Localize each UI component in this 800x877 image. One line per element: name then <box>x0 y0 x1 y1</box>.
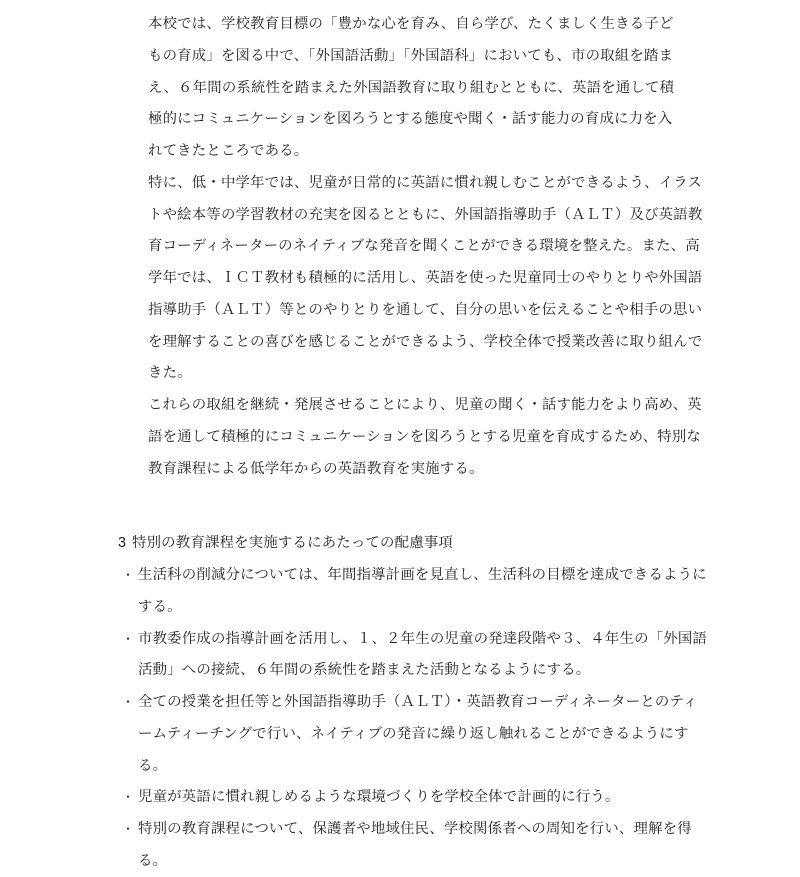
section-title: 特別の教育課程を実施するにあたっての配慮事項 <box>132 528 453 560</box>
text-line: 語を通して積極的にコミュニケーションを図ろうとする児童を育成するため、特別な <box>148 422 800 454</box>
text-line: 特別の教育課程について、保護者や地域住民、学校関係者への周知を行い、理解を得 <box>138 814 800 846</box>
text-line: を理解することの喜びを感じることができるよう、学校全体で授業改善に取り組んで <box>148 327 800 359</box>
consideration-text: 児童が英語に慣れ親しめるような環境づくりを学校全体で計画的に行う。 <box>138 782 800 814</box>
consideration-text: 全ての授業を担任等と外国語指導助手（ＡＬＴ）・英語教育コーディネーターとのティ … <box>138 687 800 782</box>
text-line: 教育課程による低学年からの英語教育を実施する。 <box>148 454 800 486</box>
consideration-text: 生活科の削減分については、年間指導計画を見直し、生活科の目標を達成できるように … <box>138 560 800 624</box>
text-line: 活動」への接続、６年間の系統性を踏まえた活動となるようにする。 <box>138 655 800 687</box>
consideration-item: ・ 市教委作成の指導計画を活用し、１、２年生の児童の発達段階や３、４年生の「外国… <box>122 624 800 688</box>
consideration-item: ・ 生活科の削減分については、年間指導計画を見直し、生活科の目標を達成できるよう… <box>122 560 800 624</box>
text-line: る。 <box>138 751 800 783</box>
consideration-item: ・ 特別の教育課程について、保護者や地域住民、学校関係者への周知を行い、理解を得… <box>122 814 800 877</box>
text-line: れてきたところである。 <box>148 136 800 168</box>
text-line: 学年では、ＩＣＴ教材も積極的に活用し、英語を使った児童同士のやりとりや外国語 <box>148 263 800 295</box>
text-line: 全ての授業を担任等と外国語指導助手（ＡＬＴ）・英語教育コーディネーターとのティ <box>138 687 800 719</box>
section-heading: 3 特別の教育課程を実施するにあたっての配慮事項 <box>118 528 800 560</box>
bullet-marker: ・ <box>122 782 138 814</box>
bullet-marker: ・ <box>122 687 138 719</box>
text-line: 極的にコミュニケーションを図ろうとする態度や聞く・話す能力の育成に力を入 <box>148 104 800 136</box>
consideration-text: 市教委作成の指導計画を活用し、１、２年生の児童の発達段階や３、４年生の「外国語 … <box>138 624 800 688</box>
document-page: 本校では、学校教育目標の「豊かな心を育み、自ら学び、たくましく生きる子ど もの育… <box>0 0 800 877</box>
text-line: る。 <box>138 846 800 877</box>
bullet-marker: ・ <box>122 624 138 656</box>
section-number: 3 <box>118 528 132 560</box>
intro-paragraph: 本校では、学校教育目標の「豊かな心を育み、自ら学び、たくましく生きる子ど もの育… <box>148 9 800 168</box>
consideration-item: ・ 全ての授業を担任等と外国語指導助手（ＡＬＴ）・英語教育コーディネーターとのテ… <box>122 687 800 782</box>
text-line: 生活科の削減分については、年間指導計画を見直し、生活科の目標を達成できるように <box>138 560 800 592</box>
considerations-list: ・ 生活科の削減分については、年間指導計画を見直し、生活科の目標を達成できるよう… <box>0 560 800 877</box>
consideration-item: ・ 児童が英語に慣れ親しめるような環境づくりを学校全体で計画的に行う。 <box>122 782 800 814</box>
text-line: 市教委作成の指導計画を活用し、１、２年生の児童の発達段階や３、４年生の「外国語 <box>138 624 800 656</box>
bullet-marker: ・ <box>122 560 138 592</box>
text-line: 本校では、学校教育目標の「豊かな心を育み、自ら学び、たくましく生きる子ど <box>148 9 800 41</box>
bullet-marker: ・ <box>122 814 138 846</box>
text-line: 指導助手（ＡＬＴ）等とのやりとりを通して、自分の思いを伝えることや相手の思い <box>148 295 800 327</box>
detail-paragraph: 特に、低・中学年では、児童が日常的に英語に慣れ親しむことができるよう、イラス ト… <box>148 168 800 390</box>
text-line: ームティーチングで行い、ネイティブの発音に繰り返し触れることができるようにす <box>138 719 800 751</box>
text-line: トや絵本等の学習教材の充実を図るとともに、外国語指導助手（ＡＬＴ）及び英語教 <box>148 200 800 232</box>
consideration-text: 特別の教育課程について、保護者や地域住民、学校関係者への周知を行い、理解を得 る… <box>138 814 800 877</box>
text-line: これらの取組を継続・発展させることにより、児童の聞く・話す能力をより高め、英 <box>148 390 800 422</box>
text-line: する。 <box>138 592 800 624</box>
text-line: 育コーディネーターのネイティブな発音を聞くことができる環境を整えた。また、高 <box>148 231 800 263</box>
text-line: え、６年間の系統性を踏まえた外国語教育に取り組むとともに、英語を通して積 <box>148 73 800 105</box>
conclusion-paragraph: これらの取組を継続・発展させることにより、児童の聞く・話す能力をより高め、英 語… <box>148 390 800 485</box>
text-line: きた。 <box>148 358 800 390</box>
text-line: 児童が英語に慣れ親しめるような環境づくりを学校全体で計画的に行う。 <box>138 782 800 814</box>
text-line: もの育成」を図る中で、「外国語活動」「外国語科」においても、市の取組を踏ま <box>148 41 800 73</box>
text-line: 特に、低・中学年では、児童が日常的に英語に慣れ親しむことができるよう、イラス <box>148 168 800 200</box>
